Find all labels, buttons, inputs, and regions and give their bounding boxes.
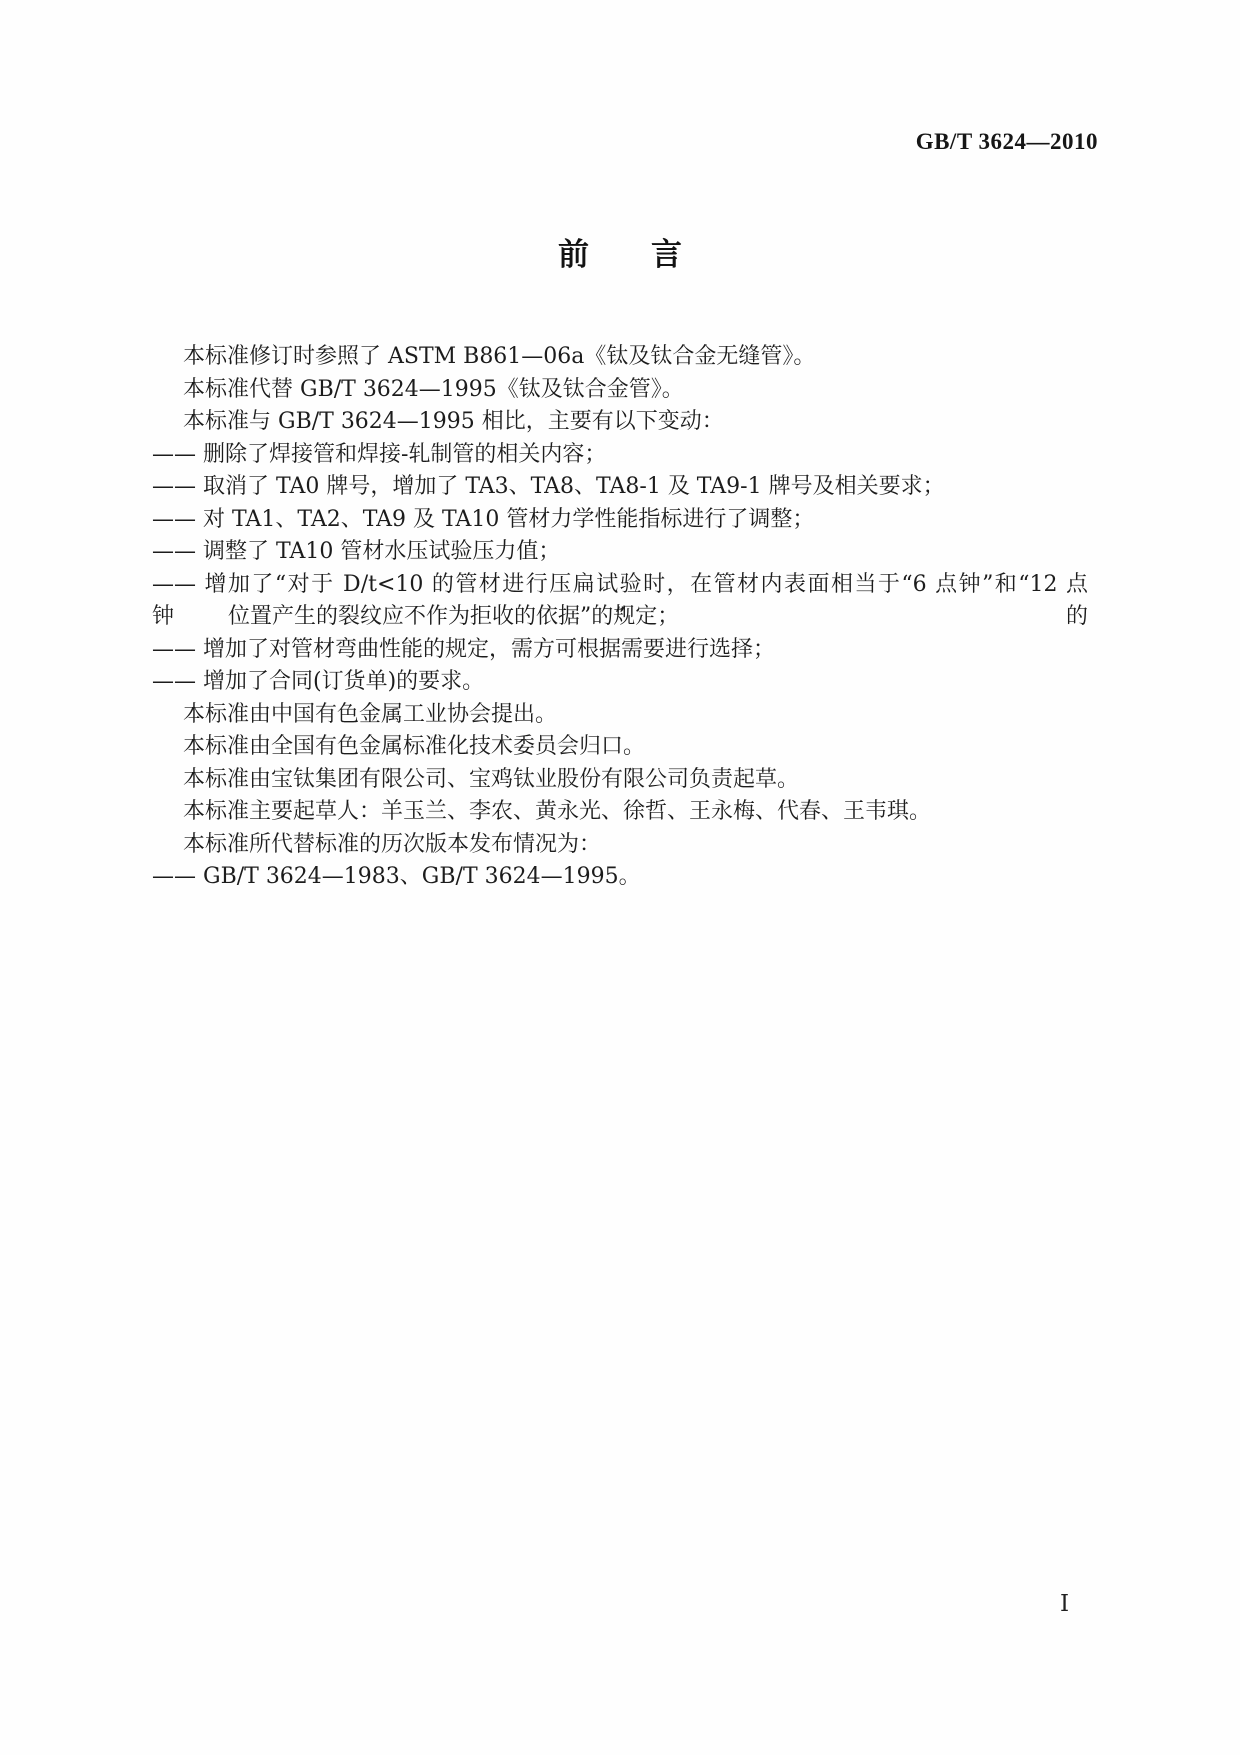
foreword-line: 本标准所代替标准的历次版本发布情况为：	[152, 829, 1088, 862]
foreword-line: 本标准修订时参照了 ASTM B861—06a《钛及钛合金无缝管》。	[152, 341, 1088, 374]
foreword-line: 本标准由宝钛集团有限公司、宝鸡钛业股份有限公司负责起草。	[152, 764, 1088, 797]
foreword-body: 本标准修订时参照了 ASTM B861—06a《钛及钛合金无缝管》。 本标准代替…	[152, 341, 1088, 894]
foreword-change-item: —— 删除了焊接管和焊接-轧制管的相关内容；	[152, 439, 1088, 472]
foreword-line: 本标准由全国有色金属标准化技术委员会归口。	[152, 731, 1088, 764]
page-title: 前 言	[0, 238, 1240, 272]
foreword-change-item: —— 增加了合同(订货单)的要求。	[152, 666, 1088, 699]
foreword-change-item: —— 增加了对管材弯曲性能的规定，需方可根据需要进行选择；	[152, 634, 1088, 667]
foreword-line: 本标准主要起草人：羊玉兰、李农、黄永光、徐哲、王永梅、代春、王韦琪。	[152, 796, 1088, 829]
document-page: GB/T 3624—2010 前 言 本标准修订时参照了 ASTM B861—0…	[0, 0, 1240, 1755]
foreword-line: 本标准代替 GB/T 3624—1995《钛及钛合金管》。	[152, 374, 1088, 407]
foreword-change-item: —— 增加了“对于 D/t<10 的管材进行压扁试验时，在管材内表面相当于“6 …	[152, 569, 1088, 602]
foreword-history-item: —— GB/T 3624—1983、GB/T 3624—1995。	[152, 861, 1088, 894]
foreword-change-item: —— 对 TA1、TA2、TA9 及 TA10 管材力学性能指标进行了调整；	[152, 504, 1088, 537]
page-number: I	[1060, 1591, 1069, 1617]
foreword-line: 本标准由中国有色金属工业协会提出。	[152, 699, 1088, 732]
standard-number-header: GB/T 3624—2010	[916, 129, 1098, 155]
foreword-change-item: —— 取消了 TA0 牌号，增加了 TA3、TA8、TA8-1 及 TA9-1 …	[152, 471, 1088, 504]
foreword-change-item: —— 调整了 TA10 管材水压试验压力值；	[152, 536, 1088, 569]
foreword-line: 本标准与 GB/T 3624—1995 相比，主要有以下变动：	[152, 406, 1088, 439]
